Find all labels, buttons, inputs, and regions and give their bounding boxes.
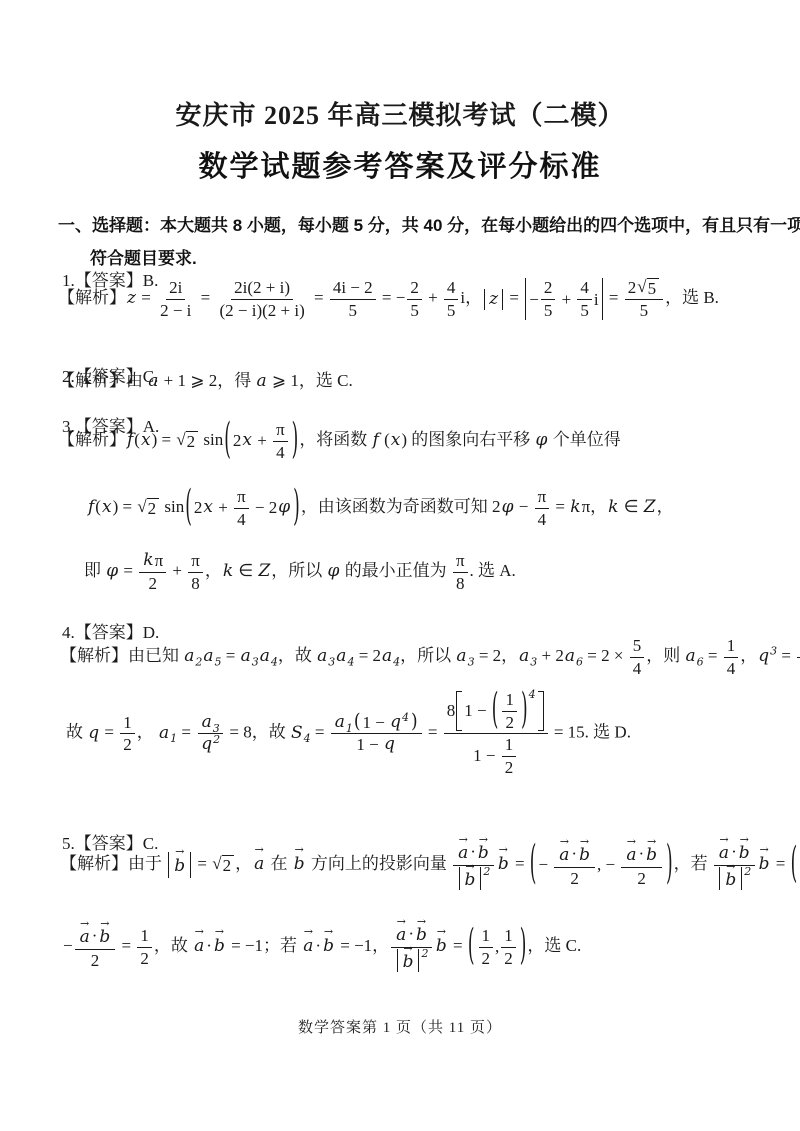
- solution-q1: 【解析】z = 2i2 − i = 2i(2 + i)(2 − i)(2 + i…: [58, 278, 719, 320]
- solution-q5-line2: −a·b2 = 12，故 a·b = −1；若 a·b = −1，a·bb2b …: [63, 922, 581, 972]
- solution-q5-line1: 【解析】由于 b = √2，a 在 b 方向上的投影向量 a·bb2b = (−…: [60, 840, 800, 890]
- solution-q3-line3: 即 φ = kπ2 + π8，k ∈ Z，所以 φ 的最小正值为 π8. 选 A…: [84, 551, 516, 593]
- solution-q4-line1: 【解析】由已知 a2a5 = a3a4，故 a3a4 = 2a4，所以 a3 =…: [60, 636, 800, 678]
- solution-q3-line1: 【解析】f(x) = √2 sin(2x + π4)，将函数 f (x) 的图象…: [58, 420, 621, 462]
- answer-key-subtitle: 数学试题参考答案及评分标准: [0, 144, 800, 185]
- solution-q3-line2: f(x) = √2 sin(2x + π4 − 2φ)，由该函数为奇函数可知 2…: [87, 487, 674, 529]
- solution-q2: 【解析】由 a + 1 ⩾ 2，得 a ⩾ 1，选 C.: [58, 370, 353, 392]
- exam-title: 安庆市 2025 年高三模拟考试（二模）: [0, 95, 800, 132]
- exam-answer-key-page: 安庆市 2025 年高三模拟考试（二模） 数学试题参考答案及评分标准 一、选择题…: [0, 0, 800, 1131]
- section-one-heading-line1: 一、选择题：本大题共 8 小题，每小题 5 分，共 40 分，在每小题给出的四个…: [58, 211, 800, 236]
- page-footer: 数学答案第 1 页（共 11 页）: [0, 1016, 800, 1037]
- solution-q4-line2: 故 q = 12， a1 = a3q2 = 8，故 S4 = a1(1 − q4…: [66, 690, 631, 777]
